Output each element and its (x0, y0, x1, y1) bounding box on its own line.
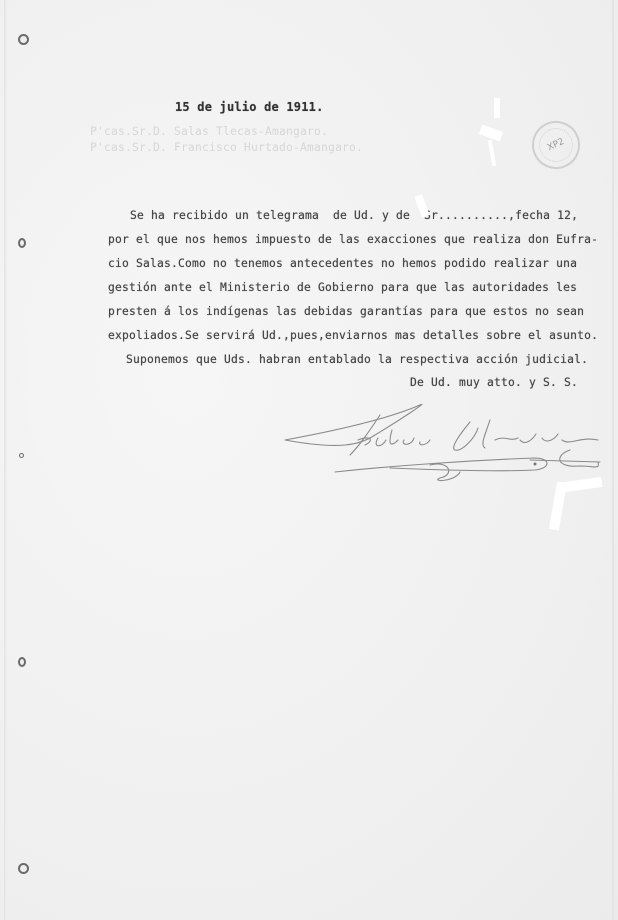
body-line-2: por el que nos hemos impuesto de las exa… (108, 233, 598, 246)
paper-damage (488, 140, 496, 166)
body-line-3: cio Salas.Como no tenemos antecedentes n… (108, 257, 577, 270)
letter-date: 15 de julio de 1911. (175, 100, 324, 114)
archive-stamp: XP2 (524, 113, 588, 177)
body-line-1: Se ha recibido un telegrama de Ud. y de … (130, 209, 578, 222)
page-edge-left (4, 0, 7, 920)
punch-hole-icon (18, 34, 29, 45)
addressee-line-2: P'cas.Sr.D. Francisco Hurtado-Amangaro. (90, 141, 363, 154)
punch-hole-icon (18, 238, 26, 248)
punch-hole-icon (18, 863, 29, 874)
body-line-6: expoliados.Se servirá Ud.,pues,enviarnos… (108, 329, 598, 342)
document-page: 15 de julio de 1911. P'cas.Sr.D. Salas T… (0, 0, 618, 920)
body-line-7: Suponemos que Uds. habran entablado la r… (112, 353, 588, 366)
page-edge-right (612, 0, 614, 920)
paper-damage (494, 98, 500, 118)
body-line-5: presten á los indígenas las debidas gara… (108, 305, 584, 318)
body-line-4: gestión ante el Ministerio de Gobierno p… (108, 281, 577, 294)
punch-hole-icon (19, 453, 24, 458)
closing-salutation: De Ud. muy atto. y S. S. (410, 376, 578, 389)
punch-hole-icon (18, 657, 26, 667)
addressee-line-1: P'cas.Sr.D. Salas Tlecas-Amangaro. (90, 125, 328, 138)
